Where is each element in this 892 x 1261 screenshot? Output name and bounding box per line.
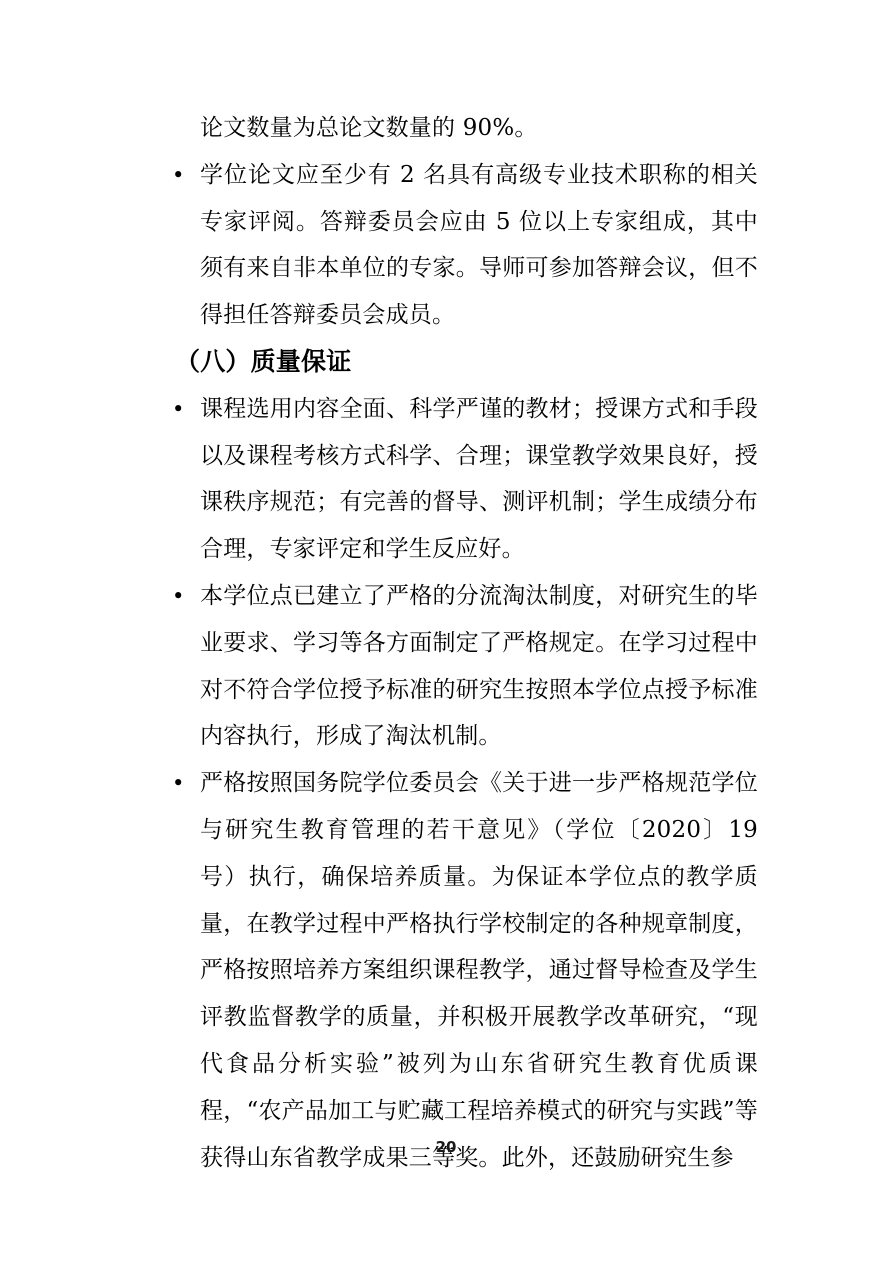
bullet-icon: • [172,760,185,807]
paragraph-text: 课程选用内容全面、科学严谨的教材；授课方式和手段以及课程考核方式科学、合理；课堂… [200,396,758,562]
document-body: 论文数量为总论文数量的 90%。•学位论文应至少有 2 名具有高级专业技术职称的… [170,105,758,1181]
paragraph: •课程选用内容全面、科学严谨的教材；授课方式和手段以及课程考核方式科学、合理；课… [170,386,758,573]
paragraph: •严格按照国务院学位委员会《关于进一步严格规范学位与研究生教育管理的若干意见》（… [170,760,758,1181]
bullet-icon: • [172,152,185,199]
paragraph-text: 论文数量为总论文数量的 90%。 [200,115,538,141]
paragraph-text: （八）质量保证 [175,347,351,376]
document-page: 论文数量为总论文数量的 90%。•学位论文应至少有 2 名具有高级专业技术职称的… [0,0,892,1261]
paragraph: 论文数量为总论文数量的 90%。 [170,105,758,152]
paragraph: •学位论文应至少有 2 名具有高级专业技术职称的相关专家评阅。答辩委员会应由 5… [170,152,758,339]
paragraph-text: 本学位点已建立了严格的分流淘汰制度，对研究生的毕业要求、学习等各方面制定了严格规… [200,583,758,749]
page-number: 20 [0,1138,892,1156]
bullet-icon: • [172,573,185,620]
paragraph-text: 学位论文应至少有 2 名具有高级专业技术职称的相关专家评阅。答辩委员会应由 5 … [200,162,758,328]
section-heading: （八）质量保证 [170,339,758,386]
bullet-icon: • [172,386,185,433]
paragraph: •本学位点已建立了严格的分流淘汰制度，对研究生的毕业要求、学习等各方面制定了严格… [170,573,758,760]
paragraph-text: 严格按照国务院学位委员会《关于进一步严格规范学位与研究生教育管理的若干意见》（学… [200,770,758,1170]
